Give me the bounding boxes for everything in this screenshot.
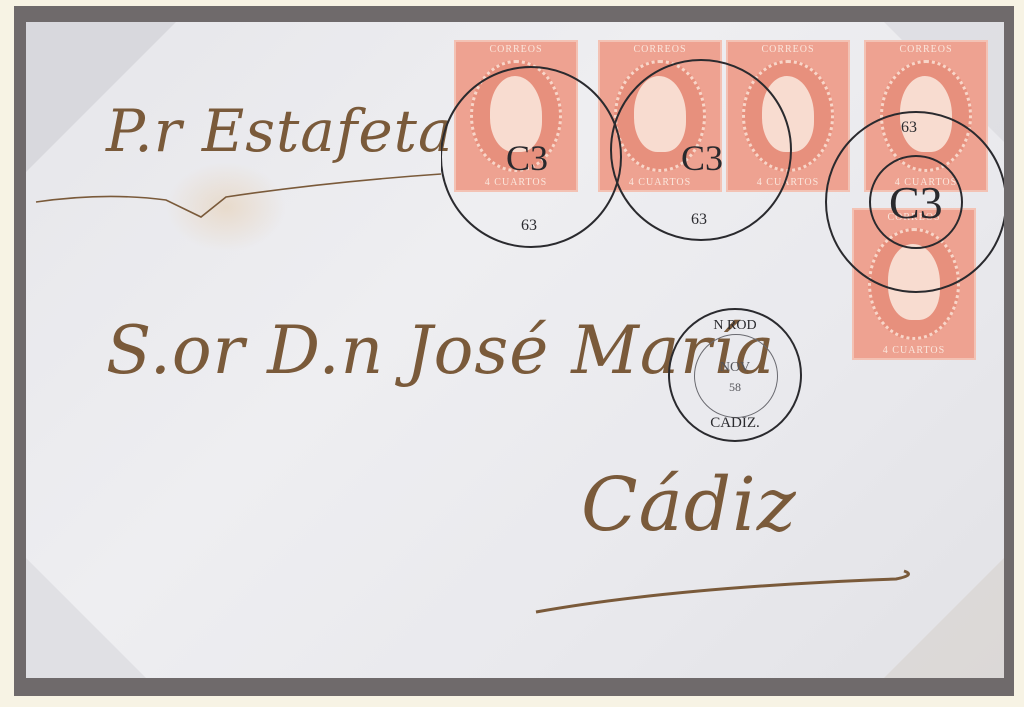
photo-corner [26, 558, 146, 678]
city-underline [526, 567, 926, 617]
underline-flourish [26, 172, 446, 232]
svg-text:C3: C3 [889, 177, 943, 228]
routing-note: P.r Estafeta [106, 97, 454, 165]
envelope-cover: P.r Estafeta S.or D.n José María Cádiz C… [26, 22, 1004, 678]
c3-cancellations: C3 63 C3 63 C3 63 [441, 52, 1004, 312]
svg-text:63: 63 [901, 119, 917, 136]
svg-text:63: 63 [691, 211, 707, 228]
destination-city: Cádiz [581, 462, 797, 548]
svg-text:C3: C3 [681, 138, 723, 178]
cadiz-datestamp: N ROD NOV 58 CADIZ. [668, 308, 802, 442]
svg-text:63: 63 [521, 217, 537, 234]
svg-text:C3: C3 [506, 138, 548, 178]
